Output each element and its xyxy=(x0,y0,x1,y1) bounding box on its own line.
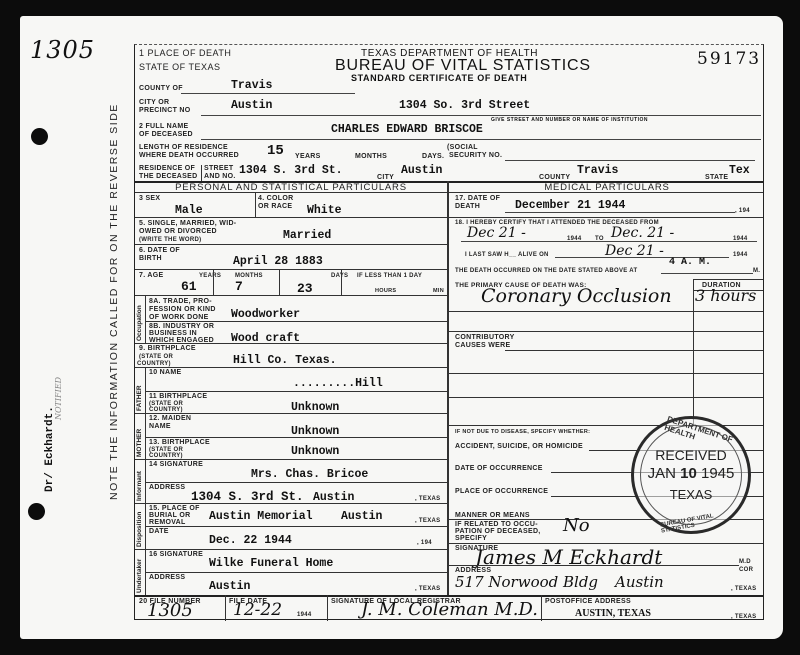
occupation-side-label: Occupation xyxy=(136,305,143,341)
county-value: Travis xyxy=(231,79,272,92)
marital-label-2: OWED OR DIVORCED xyxy=(139,228,217,236)
certificate-type-title: STANDARD CERTIFICATE OF DEATH xyxy=(351,73,527,83)
stamp-date: JAN 10 1945 xyxy=(634,465,748,482)
burial-city-value: Austin xyxy=(341,510,382,523)
city-label-2: PRECINCT NO xyxy=(139,107,191,115)
attended-from-value: Dec 21 - xyxy=(467,225,526,241)
punch-hole-icon xyxy=(31,128,48,145)
received-stamp: DEPARTMENT OF HEALTH RECEIVED JAN 10 194… xyxy=(631,416,751,534)
file-date-value: 12-22 xyxy=(233,600,282,620)
file-number-value: 1305 xyxy=(147,600,193,621)
father-name-value: .........Hill xyxy=(293,377,383,390)
residence-length-label-2: WHERE DEATH OCCURRED xyxy=(139,152,239,160)
physician-address-value: 517 Norwood Bldg xyxy=(455,573,598,591)
last-saw-year: 1944 xyxy=(733,251,748,259)
father-name-label: 10 NAME xyxy=(149,369,181,377)
undertaker-signature: Wilke Funeral Home xyxy=(209,557,333,570)
full-name-label-2: OF DECEASED xyxy=(139,131,193,139)
stamp-day: 10 xyxy=(680,465,697,482)
dod-suffix: , 194 xyxy=(735,207,750,215)
residence-state-value: Tex xyxy=(729,164,750,177)
death-certificate-form: 1 PLACE OF DEATH STATE OF TEXAS TEXAS DE… xyxy=(134,44,764,620)
certificate-number: 59173 xyxy=(697,49,761,69)
undertaker-address-value: Austin xyxy=(209,580,250,593)
dod-value: December 21 1944 xyxy=(515,199,625,212)
mother-maiden-label-2: NAME xyxy=(149,423,171,431)
birthplace-label-1: 9. BIRTHPLACE xyxy=(139,345,196,353)
undertaker-state: , TEXAS xyxy=(415,585,440,593)
mother-maiden-label-1: 12. MAIDEN xyxy=(149,415,191,423)
less-than-day-label: IF LESS THAN 1 DAY xyxy=(357,272,422,280)
marital-value: Married xyxy=(283,229,331,242)
stamp-year: 1945 xyxy=(701,465,734,482)
physician-city-value: Austin xyxy=(615,573,664,591)
hours-label: HOURS xyxy=(375,287,396,295)
place-of-death-label: 1 PLACE OF DEATH xyxy=(139,48,231,58)
full-name-label-1: 2 FULL NAME xyxy=(139,123,188,131)
undertaker-address-label: ADDRESS xyxy=(149,574,185,582)
age-label: 7. AGE xyxy=(139,272,164,280)
min-label: MIN xyxy=(433,287,444,295)
sex-value: Male xyxy=(175,204,203,217)
dob-label-2: BIRTH xyxy=(139,255,162,263)
trade-label-2: FESSION OR KIND xyxy=(149,306,216,314)
years-label: YEARS xyxy=(295,153,321,161)
dod-label-2: DEATH xyxy=(455,203,480,211)
side-handwritten-note-2: NOTIFIED xyxy=(54,377,63,420)
burial-place-value: Austin Memorial xyxy=(209,510,313,523)
burial-date-suffix: , 194 xyxy=(417,539,432,547)
residence-length-label-1: LENGTH OF RESIDENCE xyxy=(139,144,228,152)
residence-city-value: Austin xyxy=(401,164,442,177)
city-value: Austin xyxy=(231,99,272,112)
informant-address-label: ADDRESS xyxy=(149,484,185,492)
street-value: 1304 So. 3rd Street xyxy=(399,99,530,112)
street-hint: GIVE STREET AND NUMBER OR NAME OF INSTIT… xyxy=(491,117,648,123)
months-label: MONTHS xyxy=(355,153,387,161)
last-saw-label: I LAST SAW H__ ALIVE ON xyxy=(465,251,549,259)
burial-date-label: DATE xyxy=(149,528,169,536)
undertaker-side-label: Undertaker xyxy=(136,559,143,593)
social-label-2: SECURITY NO. xyxy=(449,152,502,160)
dod-label-1: 17. DATE OF xyxy=(455,195,500,203)
father-side-label: FATHER xyxy=(136,385,143,411)
age-months-value: 7 xyxy=(235,279,243,294)
margin-file-number: 1305 xyxy=(30,36,95,64)
not-disease-label: IF NOT DUE TO DISEASE, SPECIFY WHETHER: xyxy=(455,428,590,436)
full-name-value: CHARLES EDWARD BRISCOE xyxy=(331,123,483,136)
stamp-received: RECEIVED xyxy=(634,447,748,463)
burial-date-value: Dec. 22 1944 xyxy=(209,534,292,547)
color-label-2: OR RACE xyxy=(258,203,292,211)
age-years-label: YEARS xyxy=(199,272,221,280)
undertaker-sig-label: 16 SIGNATURE xyxy=(149,551,203,559)
residence-county-value: Travis xyxy=(577,164,618,177)
stamp-texas: TEXAS xyxy=(634,487,748,502)
residence-years-value: 15 xyxy=(267,143,284,159)
trade-label-1: 8A. TRADE, PRO- xyxy=(149,298,212,306)
postoffice-suffix: , TEXAS xyxy=(731,613,756,621)
color-label-1: 4. COLOR xyxy=(258,195,293,203)
attended-to-value: Dec. 21 - xyxy=(611,225,674,241)
residence-street-value: 1304 S. 3rd St. xyxy=(239,164,343,177)
mother-side-label: MOTHER xyxy=(136,429,143,457)
dob-label-1: 6. DATE OF xyxy=(139,247,180,255)
birthplace-value: Hill Co. Texas. xyxy=(233,354,337,367)
postoffice-value: AUSTIN, TEXAS xyxy=(575,608,651,619)
disposition-side-label: Disposition xyxy=(136,512,143,547)
contributory-label-1: CONTRIBUTORY xyxy=(455,334,515,342)
physician-state: , TEXAS xyxy=(731,585,756,593)
contributory-label-2: CAUSES WERE xyxy=(455,342,510,350)
sex-label: 3 SEX xyxy=(139,195,160,203)
md-label: M.D xyxy=(739,558,751,566)
marital-label-3: (WRITE THE WORD) xyxy=(139,236,201,244)
occupation-related-value: No xyxy=(563,515,590,536)
informant-side-label: Informant xyxy=(136,471,143,501)
primary-cause-value: Coronary Occlusion xyxy=(481,285,672,307)
informant-signature: Mrs. Chas. Bricoe xyxy=(251,468,368,481)
stamp-month: JAN xyxy=(648,465,676,482)
dob-value: April 28 1883 xyxy=(233,255,323,268)
side-note: NOTE THE INFORMATION CALLED FOR ON THE R… xyxy=(108,103,120,500)
street-label-1: STREET xyxy=(204,165,233,173)
age-days-value: 23 xyxy=(297,281,313,296)
mother-birthplace-value: Unknown xyxy=(291,445,339,458)
death-time-label: THE DEATH OCCURRED ON THE DATE STATED AB… xyxy=(455,267,637,275)
state-label: STATE OF TEXAS xyxy=(139,62,221,72)
trade-value: Woodworker xyxy=(231,308,300,321)
punch-hole-icon xyxy=(28,503,45,520)
file-date-year: 1944 xyxy=(297,611,312,619)
primary-duration-value: 3 hours xyxy=(695,286,756,305)
occurrence-date-label: DATE OF OCCURRENCE xyxy=(455,465,543,473)
age-years-value: 61 xyxy=(181,279,197,294)
death-time-value: 4 A. M. xyxy=(669,257,711,268)
occupation-related-label-3: SPECIFY xyxy=(455,535,487,543)
social-label-1: (SOCIAL xyxy=(447,144,478,152)
marital-label-1: 5. SINGLE, MARRIED, WID- xyxy=(139,220,236,228)
city-label-1: CITY OR xyxy=(139,99,169,107)
cor-label: COR xyxy=(739,566,753,574)
accident-label: ACCIDENT, SUICIDE, OR HOMICIDE xyxy=(455,443,583,451)
days-label: DAYS. xyxy=(422,153,444,161)
street-label-2: AND NO. xyxy=(204,173,236,181)
color-value: White xyxy=(307,204,342,217)
occurrence-place-label: PLACE OF OCCURRENCE xyxy=(455,488,548,496)
postoffice-label: POSTOFFICE ADDRESS xyxy=(545,598,631,606)
informant-state: , TEXAS xyxy=(415,495,440,503)
age-days-label: DAYS xyxy=(331,272,348,280)
informant-address-value: 1304 S. 3rd St. xyxy=(191,490,304,504)
residence-label-2: THE DECEASED xyxy=(139,173,197,181)
informant-sig-label: 14 SIGNATURE xyxy=(149,461,203,469)
burial-state: , TEXAS xyxy=(415,517,440,525)
residence-label-1: RESIDENCE OF xyxy=(139,165,195,173)
registrar-signature: J. M. Coleman M.D. xyxy=(361,599,538,620)
death-time-suffix: M. xyxy=(753,267,760,275)
county-label: COUNTY OF xyxy=(139,85,183,93)
